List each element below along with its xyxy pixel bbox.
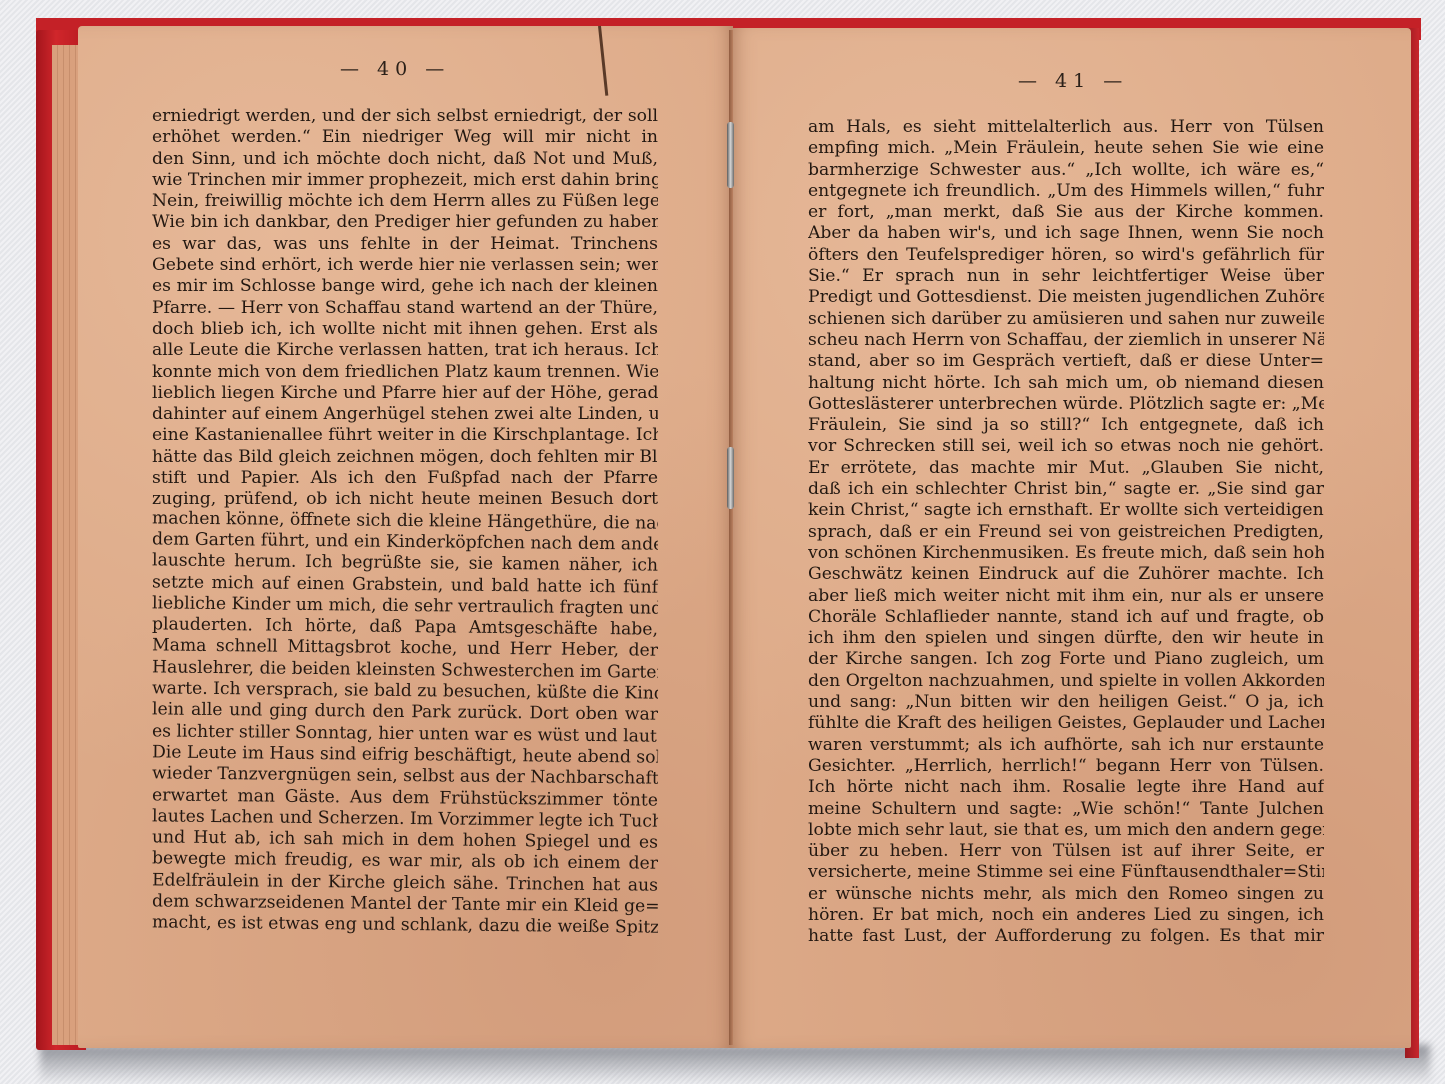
text-line: Ich hörte nicht nach ihm. Rosalie legte … (808, 777, 1324, 798)
text-line: Predigt und Gottesdienst. Die meisten ju… (808, 287, 1324, 308)
text-line: öfters den Teufelsprediger hören, so wir… (808, 245, 1324, 266)
text-line: konnte mich von dem friedlichen Platz ka… (152, 362, 658, 383)
text-line: zuging, prüfend, ob ich nicht heute mein… (152, 489, 658, 510)
text-line: hatte fast Lust, der Aufforderung zu fol… (808, 926, 1324, 947)
text-line: sprach, daß er ein Freund sei von geistr… (808, 522, 1324, 543)
text-line: hören. Er bat mich, noch ein anderes Lie… (808, 905, 1324, 926)
text-line: stift und Papier. Als ich den Fußpfad na… (152, 468, 658, 489)
text-line: Gebete sind erhört, ich werde hier nie v… (152, 255, 658, 276)
text-line: scheu nach Herrn von Schaffau, der zieml… (808, 330, 1324, 351)
staple-bottom (727, 447, 734, 509)
text-line: und sang: „Nun bitten wir den heiligen G… (808, 692, 1324, 713)
text-line: der Kirche sangen. Ich zog Forte und Pia… (808, 649, 1324, 670)
text-line: vor Schrecken still sei, weil ich so etw… (808, 436, 1324, 457)
text-line: alle Leute die Kirche verlassen hatten, … (152, 340, 658, 361)
text-line: aber ließ mich weiter nicht mit ihm ein,… (808, 586, 1324, 607)
text-line: den Orgelton nachzuahmen, und spielte in… (808, 671, 1324, 692)
text-line: Wie bin ich dankbar, den Prediger hier g… (152, 212, 658, 233)
text-line: barmherzige Schwester aus.“ „Ich wollte,… (808, 160, 1324, 181)
text-line: Fräulein, Sie sind ja so still?“ Ich ent… (808, 415, 1324, 436)
text-line: Geschwätz keinen Eindruck auf die Zuhöre… (808, 564, 1324, 585)
text-line: erniedrigt werden, und der sich selbst e… (152, 106, 658, 127)
staple-top (727, 122, 734, 188)
text-line: es war das, was uns fehlte in der Heimat… (152, 234, 658, 255)
text-line: Gotteslästerer unterbrechen würde. Plötz… (808, 394, 1324, 415)
text-line: waren verstummt; als ich aufhörte, sah i… (808, 735, 1324, 756)
left-page-text: erniedrigt werden, und der sich selbst e… (152, 106, 658, 937)
text-line: haltung nicht hörte. Ich sah mich um, ob… (808, 373, 1324, 394)
text-line: erhöhet werden.“ Ein niedriger Weg will … (152, 127, 658, 148)
text-line: dahinter auf einem Angerhügel stehen zwe… (152, 404, 658, 425)
text-line: schienen sich darüber zu amüsieren und s… (808, 309, 1324, 330)
text-line: Gesichter. „Herrlich, herrlich!“ begann … (808, 756, 1324, 777)
text-line: versicherte, meine Stimme sei eine Fünft… (808, 862, 1324, 883)
text-line: stand, aber so im Gespräch vertieft, daß… (808, 351, 1324, 372)
page-number-right: — 41 — (1018, 70, 1128, 92)
text-line: fühlte die Kraft des heiligen Geistes, G… (808, 713, 1324, 734)
text-line: hätte das Bild gleich zeichnen mögen, do… (152, 447, 658, 468)
table-surface-shadow (40, 1045, 1430, 1084)
text-line: von schönen Kirchenmusiken. Es freute mi… (808, 543, 1324, 564)
text-line: er wünsche nichts mehr, als mich den Rom… (808, 884, 1324, 905)
text-line: den Sinn, und ich möchte doch nicht, daß… (152, 149, 658, 170)
text-line: doch blieb ich, ich wollte nicht mit ihn… (152, 319, 658, 340)
text-line: macht, es ist etwas eng und schlank, daz… (152, 913, 658, 940)
text-line: Nein, freiwillig möchte ich dem Herrn al… (152, 191, 658, 212)
text-line: empfing mich. „Mein Fräulein, heute sehe… (808, 138, 1324, 159)
text-line: Er errötete, das machte mir Mut. „Glaube… (808, 458, 1324, 479)
text-line: über zu heben. Herr von Tülsen ist auf i… (808, 841, 1324, 862)
text-line: Aber da haben wir's, und ich sage Ihnen,… (808, 223, 1324, 244)
text-line: daß ich ein schlechter Christ bin,“ sagt… (808, 479, 1324, 500)
page-number-left: — 40 — (340, 58, 450, 80)
text-line: wie Trinchen mir immer prophezeit, mich … (152, 170, 658, 191)
text-line: entgegnete ich freundlich. „Um des Himme… (808, 181, 1324, 202)
text-line: eine Kastanienallee führt weiter in die … (152, 425, 658, 446)
text-line: lobte mich sehr laut, sie that es, um mi… (808, 820, 1324, 841)
text-line: meine Schultern und sagte: „Wie schön!“ … (808, 799, 1324, 820)
text-line: Choräle Schlaflieder nannte, stand ich a… (808, 607, 1324, 628)
text-line: kein Christ,“ sagte ich ernsthaft. Er wo… (808, 500, 1324, 521)
right-page-text: am Hals, es sieht mittelalterlich aus. H… (808, 117, 1324, 948)
text-line: lieblich liegen Kirche und Pfarre hier a… (152, 383, 658, 404)
text-line: am Hals, es sieht mittelalterlich aus. H… (808, 117, 1324, 138)
text-line: Sie.“ Er sprach nun in sehr leichtfertig… (808, 266, 1324, 287)
text-line: Pfarre. — Herr von Schaffau stand warten… (152, 298, 658, 319)
text-line: es mir im Schlosse bange wird, gehe ich … (152, 276, 658, 297)
text-line: ich ihm den spielen und singen dürfte, d… (808, 628, 1324, 649)
text-line: er fort, „man merkt, daß Sie aus der Kir… (808, 202, 1324, 223)
